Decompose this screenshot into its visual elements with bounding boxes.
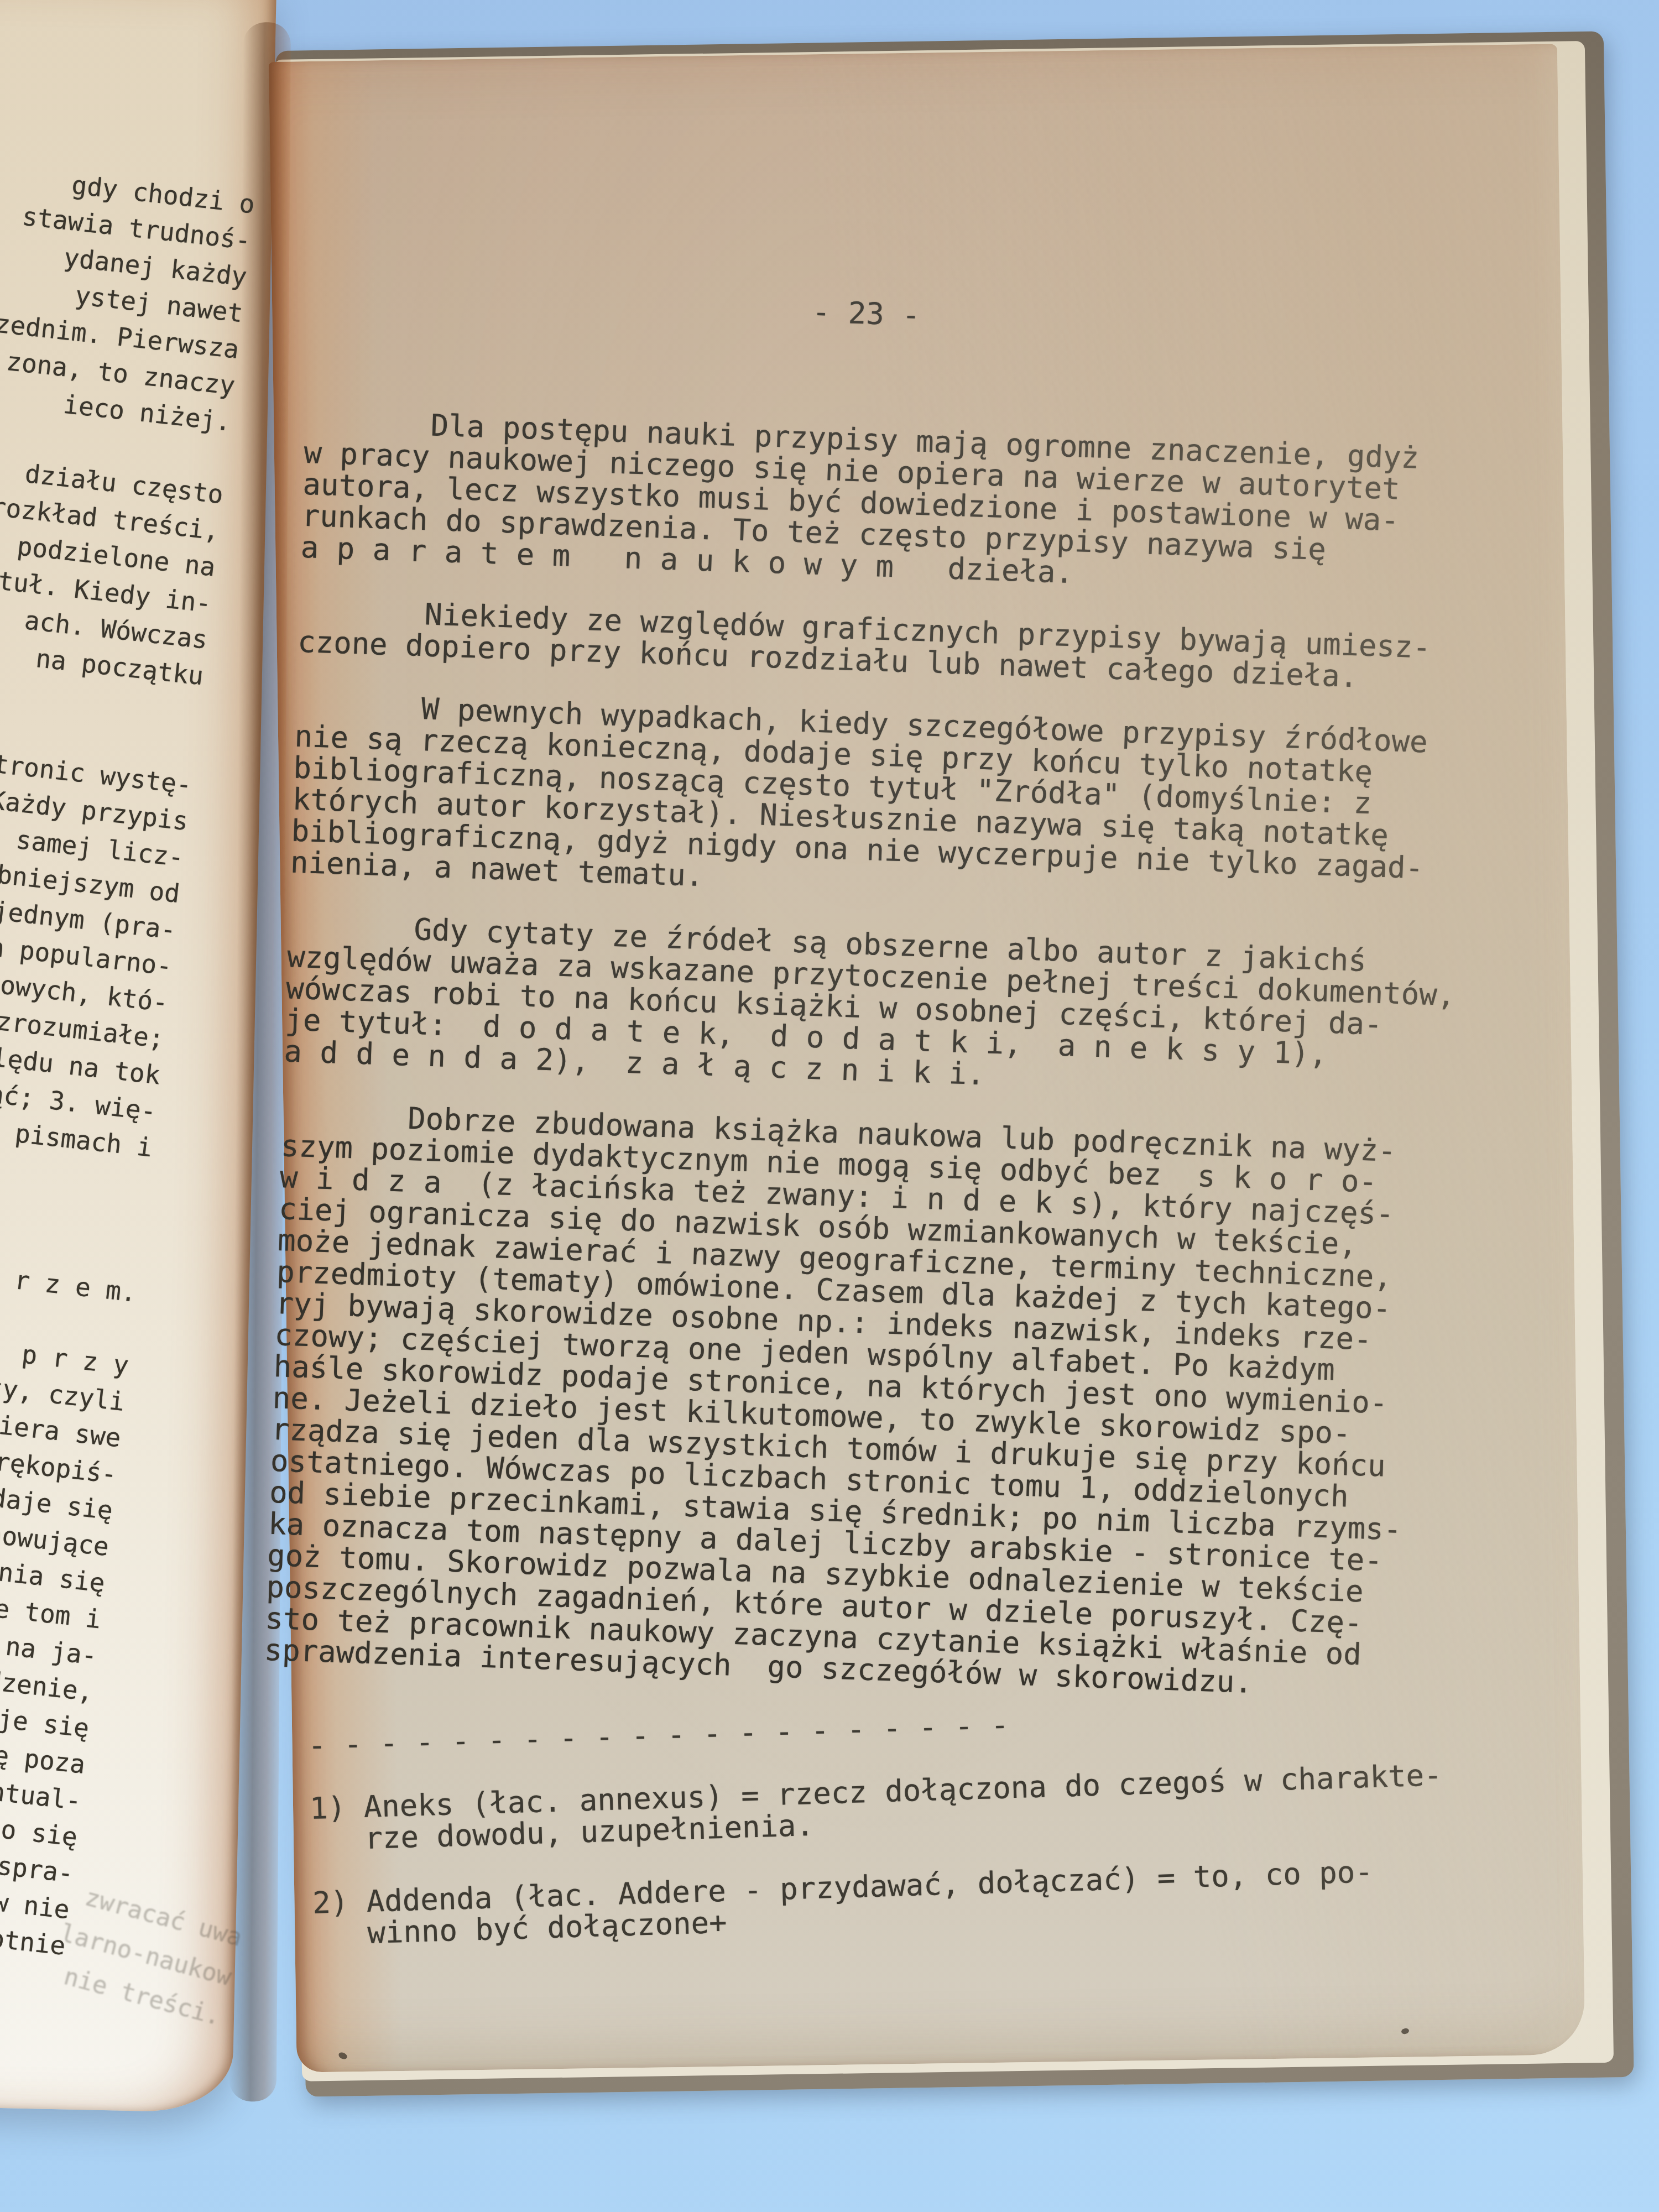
typewritten-body-text: - 23 - Dla postępu nauki przypisy mają o… bbox=[264, 279, 1515, 1705]
footnotes-block: - - - - - - - - - - - - - - - - - - - - … bbox=[307, 1694, 1519, 1950]
photo-open-book: gdy chodzi ostawia trudnoś-ydanej każdyy… bbox=[0, 0, 1659, 2212]
